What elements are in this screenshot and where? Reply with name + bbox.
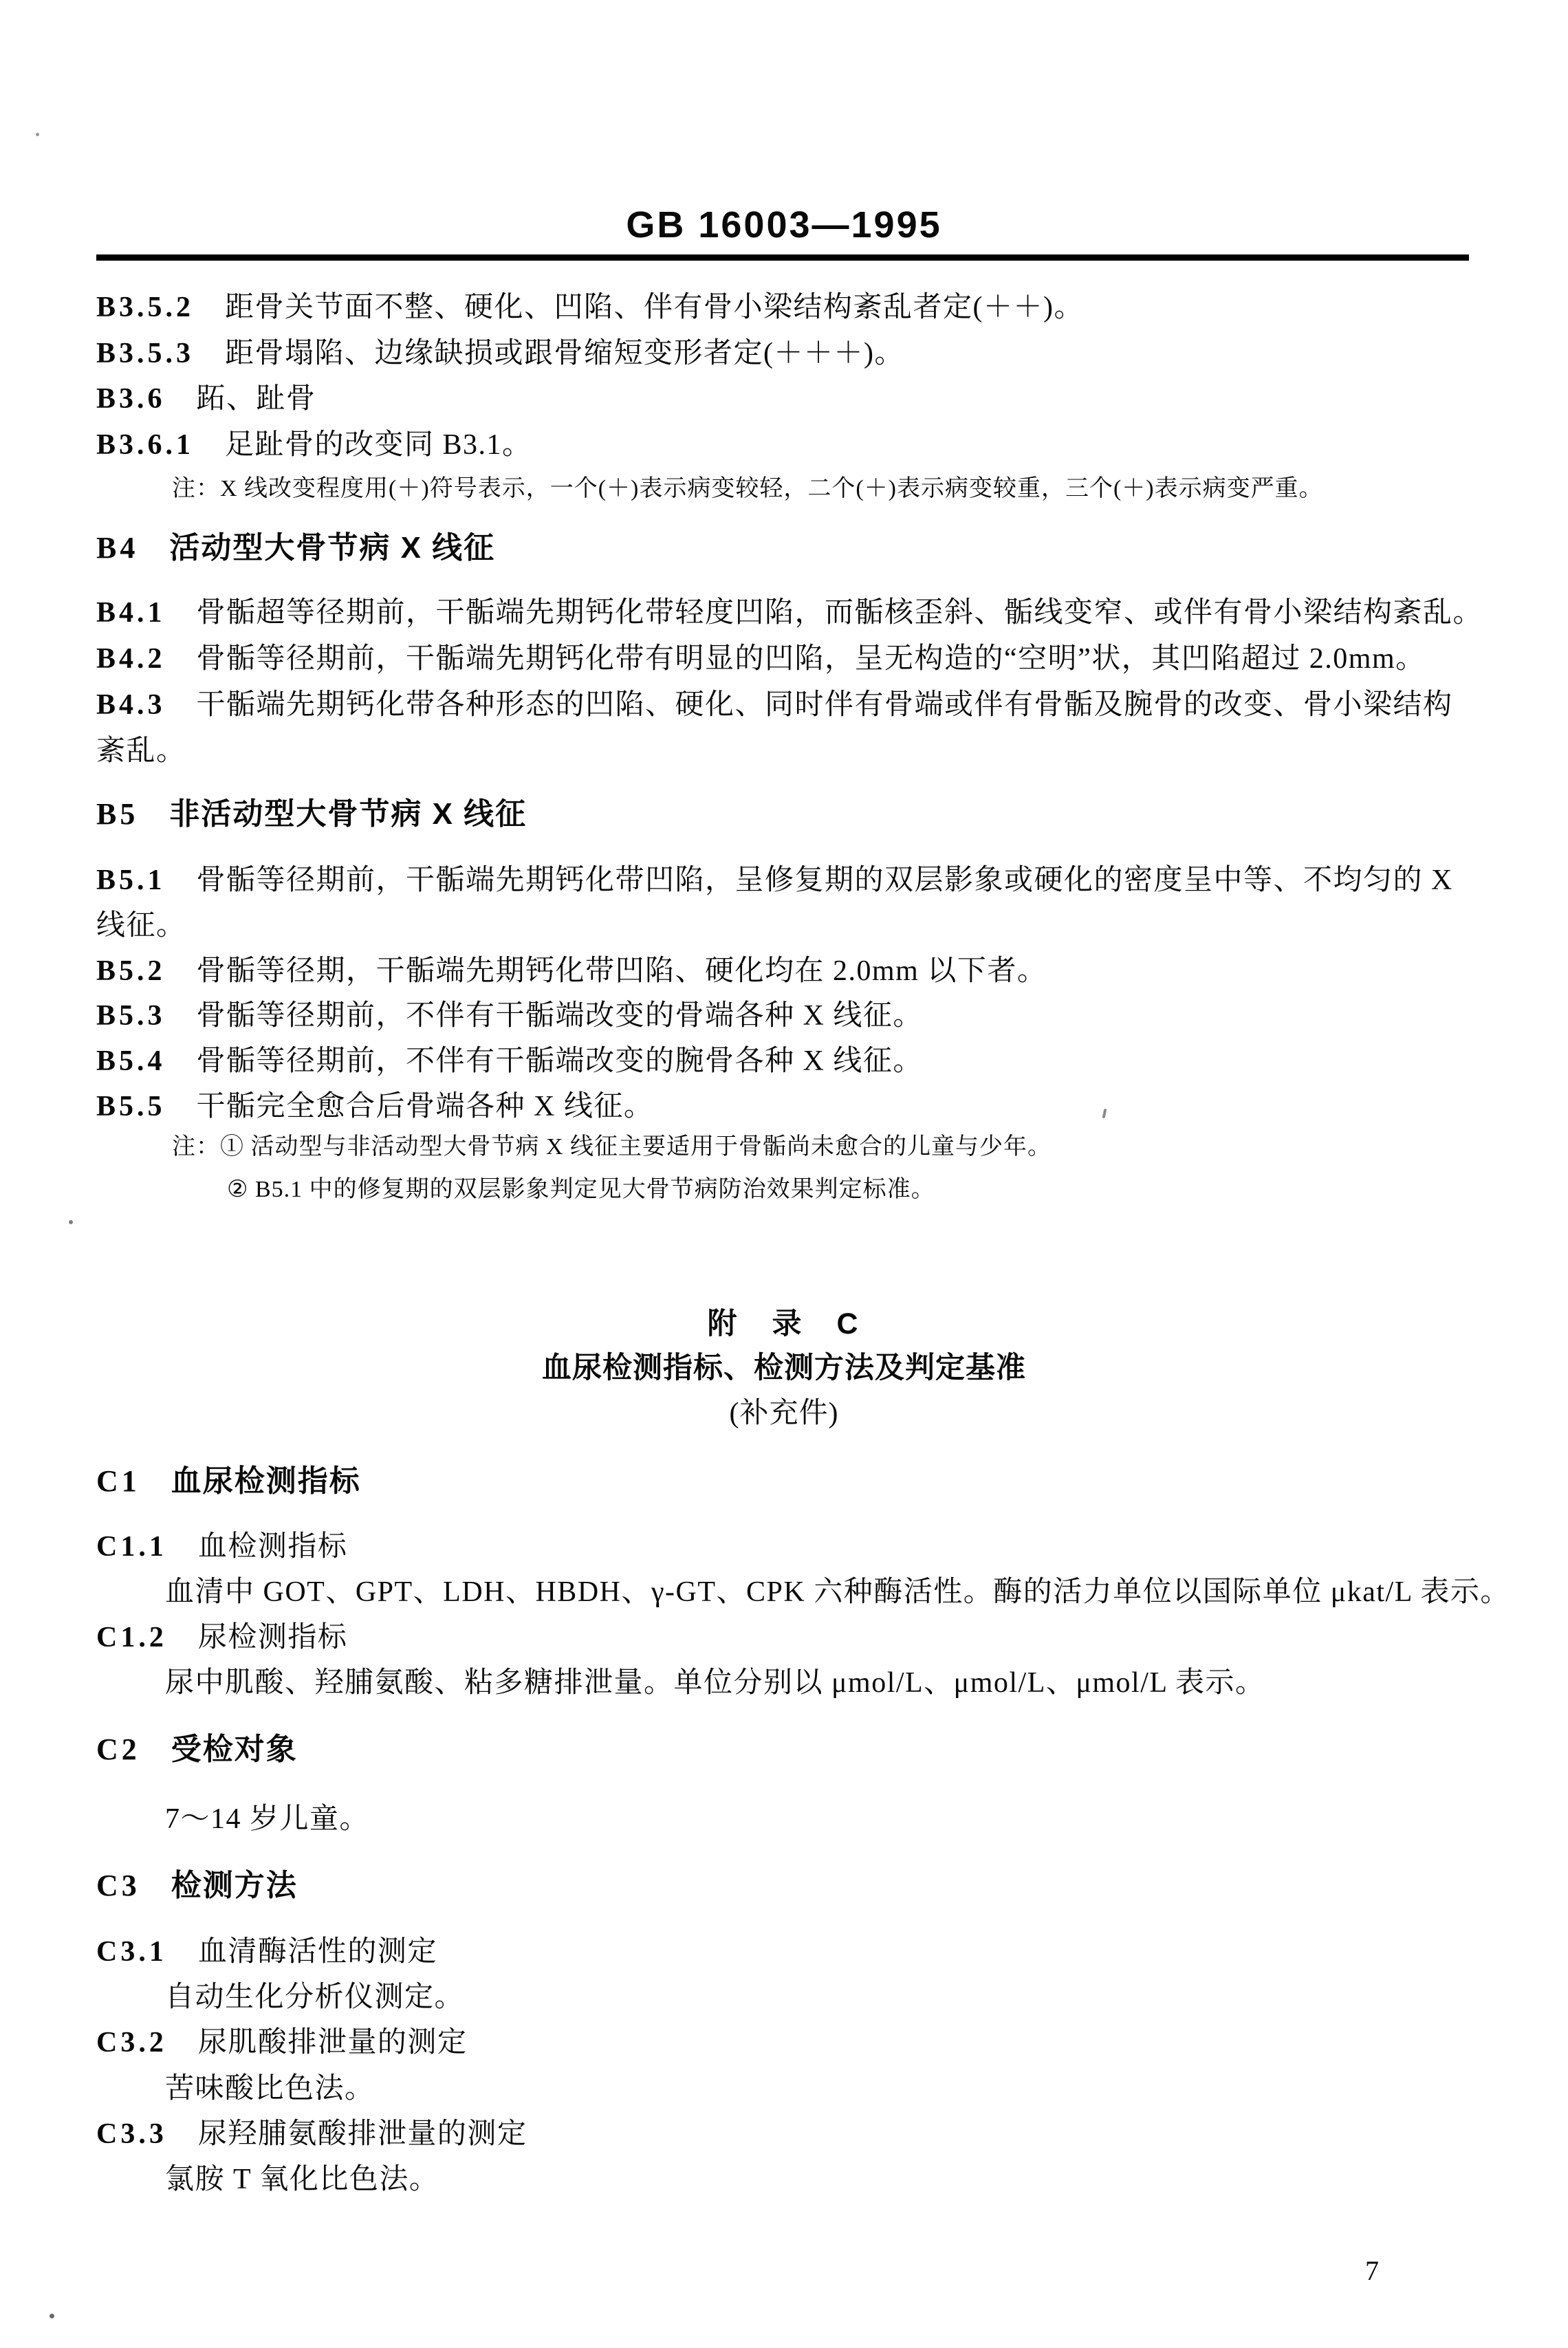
appendix-c-label: 附 录 C [0,1308,1568,1340]
clause-text: 血检测指标 [198,1531,348,1563]
clause-b3-5-2: B3.5.2距骨关节面不整、硬化、凹陷、伴有骨小梁结构紊乱者定(＋＋)。 [96,292,1084,323]
clause-text: 尿肌酸排泄量的测定 [198,2027,468,2058]
clause-c3-1: C3.1血清酶活性的测定 [96,1936,437,1968]
clause-number: C3.1 [96,1936,167,1968]
heading-title: 血尿检测指标 [171,1464,361,1498]
page-number: 7 [1365,2256,1379,2286]
clause-b4-2: B4.2骨骺等径期前，干骺端先期钙化带有明显的凹陷，呈无构造的“空明”状，其凹陷… [96,643,1426,675]
heading-number: B5 [96,797,138,831]
heading-title: 非活动型大骨节病 X 线征 [169,797,527,831]
document-page: GB 16003—1995 B3.5.2距骨关节面不整、硬化、凹陷、伴有骨小梁结… [0,0,1568,2348]
header-rule [96,254,1469,261]
paragraph-c1-2: 尿中肌酸、羟脯氨酸、粘多糖排泄量。单位分别以 μmol/L、μmol/L、μmo… [165,1667,1265,1699]
heading-b5: B5非活动型大骨节病 X 线征 [96,798,527,831]
note-b5-line1: 注：① 活动型与非活动型大骨节病 X 线征主要适用于骨骺尚未愈合的儿童与少年。 [172,1134,1052,1160]
clause-c1-2: C1.2尿检测指标 [96,1622,347,1653]
clause-b3-6-1: B3.6.1足趾骨的改变同 B3.1。 [96,429,532,461]
heading-b4: B4活动型大骨节病 X 线征 [96,532,495,565]
appendix-c-title: 血尿检测指标、检测方法及判定基准 [0,1352,1568,1384]
clause-b5-3: B5.3骨骺等径期前，不伴有干骺端改变的骨端各种 X 线征。 [96,1000,923,1032]
clause-text: 尿羟脯氨酸排泄量的测定 [198,2118,527,2150]
clause-number: B4.1 [96,597,166,629]
clause-b3-6: B3.6跖、趾骨 [96,383,316,415]
clause-c3-3: C3.3尿羟脯氨酸排泄量的测定 [96,2118,527,2150]
clause-text: 尿检测指标 [198,1622,348,1653]
clause-text: 跖、趾骨 [197,383,316,415]
clause-number: B5.2 [96,955,166,987]
clause-b4-3: B4.3干骺端先期钙化带各种形态的凹陷、硬化、同时伴有骨端或伴有骨骺及腕骨的改变… [96,689,1453,721]
clause-number: B3.5.3 [96,338,194,369]
scan-speck [50,2314,54,2318]
clause-text: 干骺端先期钙化带各种形态的凹陷、硬化、同时伴有骨端或伴有骨骺及腕骨的改变、骨小梁… [197,689,1453,721]
heading-number: C2 [96,1732,140,1766]
clause-text: 骨骺等径期前，干骺端先期钙化带凹陷，呈修复期的双层影象或硬化的密度呈中等、不均匀… [197,865,1453,896]
clause-text: 距骨关节面不整、硬化、凹陷、伴有骨小梁结构紊乱者定(＋＋)。 [225,292,1084,323]
paragraph-c2: 7～14 岁儿童。 [165,1803,369,1835]
clause-text: 骨骺超等径期前，干骺端先期钙化带轻度凹陷，而骺核歪斜、骺线变窄、或伴有骨小梁结构… [197,597,1483,629]
heading-title: 检测方法 [171,1869,298,1902]
clause-c3-2: C3.2尿肌酸排泄量的测定 [96,2027,467,2058]
clause-number: B3.6 [96,383,166,415]
note-b5-line2: ② B5.1 中的修复期的双层影象判定见大骨节病防治效果判定标准。 [227,1177,935,1202]
clause-text: 骨骺等径期前，干骺端先期钙化带有明显的凹陷，呈无构造的“空明”状，其凹陷超过 2… [197,643,1426,675]
clause-number: C3.3 [96,2118,167,2150]
clause-text: 骨骺等径期，干骺端先期钙化带凹陷、硬化均在 2.0mm 以下者。 [197,955,1047,987]
clause-text: 血清酶活性的测定 [198,1936,437,1968]
clause-b4-1: B4.1骨骺超等径期前，干骺端先期钙化带轻度凹陷，而骺核歪斜、骺线变窄、或伴有骨… [96,597,1483,629]
paragraph-c3-2: 苦味酸比色法。 [165,2073,375,2105]
clause-number: B4.2 [96,643,166,675]
clause-text: 骨骺等径期前，不伴有干骺端改变的腕骨各种 X 线征。 [197,1045,923,1077]
clause-number: B5.5 [96,1091,166,1122]
clause-number: C1.2 [96,1622,167,1653]
paragraph-c3-1: 自动生化分析仪测定。 [165,1981,464,2013]
heading-title: 受检对象 [171,1732,298,1766]
heading-number: C1 [96,1464,140,1498]
clause-b5-2: B5.2骨骺等径期，干骺端先期钙化带凹陷、硬化均在 2.0mm 以下者。 [96,955,1047,987]
clause-b4-3-continuation: 紊乱。 [96,735,186,767]
clause-b5-5: B5.5干骺完全愈合后骨端各种 X 线征。 [96,1091,653,1122]
standard-code: GB 16003—1995 [0,205,1568,246]
clause-c1-1: C1.1血检测指标 [96,1531,347,1563]
clause-b5-1-continuation: 线征。 [96,910,186,942]
paragraph-c3-3: 氯胺 T 氧化比色法。 [165,2164,439,2195]
clause-number: C1.1 [96,1531,167,1563]
clause-b5-1: B5.1骨骺等径期前，干骺端先期钙化带凹陷，呈修复期的双层影象或硬化的密度呈中等… [96,865,1453,896]
heading-title: 活动型大骨节病 X 线征 [169,531,495,565]
note-b3: 注：X 线改变程度用(＋)符号表示，一个(＋)表示病变较轻，二个(＋)表示病变较… [172,476,1323,501]
clause-number: B5.4 [96,1045,166,1077]
scan-speck [1102,1109,1107,1119]
clause-b5-4: B5.4骨骺等径期前，不伴有干骺端改变的腕骨各种 X 线征。 [96,1045,923,1077]
clause-text: 骨骺等径期前，不伴有干骺端改变的骨端各种 X 线征。 [197,1000,923,1032]
heading-c2: C2受检对象 [96,1733,298,1766]
clause-text: 距骨塌陷、边缘缺损或跟骨缩短变形者定(＋＋＋)。 [225,338,904,369]
scan-speck [36,133,39,136]
clause-number: B4.3 [96,689,166,721]
clause-text: 足趾骨的改变同 B3.1。 [225,429,532,461]
clause-number: B3.5.2 [96,292,194,323]
clause-number: B3.6.1 [96,429,194,461]
clause-number: B5.3 [96,1000,166,1032]
clause-b3-5-3: B3.5.3距骨塌陷、边缘缺损或跟骨缩短变形者定(＋＋＋)。 [96,338,904,369]
paragraph-c1-1: 血清中 GOT、GPT、LDH、HBDH、γ-GT、CPK 六种酶活性。酶的活力… [165,1576,1510,1608]
clause-text: 干骺完全愈合后骨端各种 X 线征。 [197,1091,654,1122]
appendix-c-subtitle: (补充件) [0,1398,1568,1429]
scan-speck [69,1220,73,1224]
heading-c3: C3检测方法 [96,1869,298,1902]
heading-number: B4 [96,531,138,565]
heading-c1: C1血尿检测指标 [96,1465,361,1498]
heading-number: C3 [96,1869,140,1902]
clause-number: C3.2 [96,2027,167,2058]
clause-number: B5.1 [96,865,166,896]
